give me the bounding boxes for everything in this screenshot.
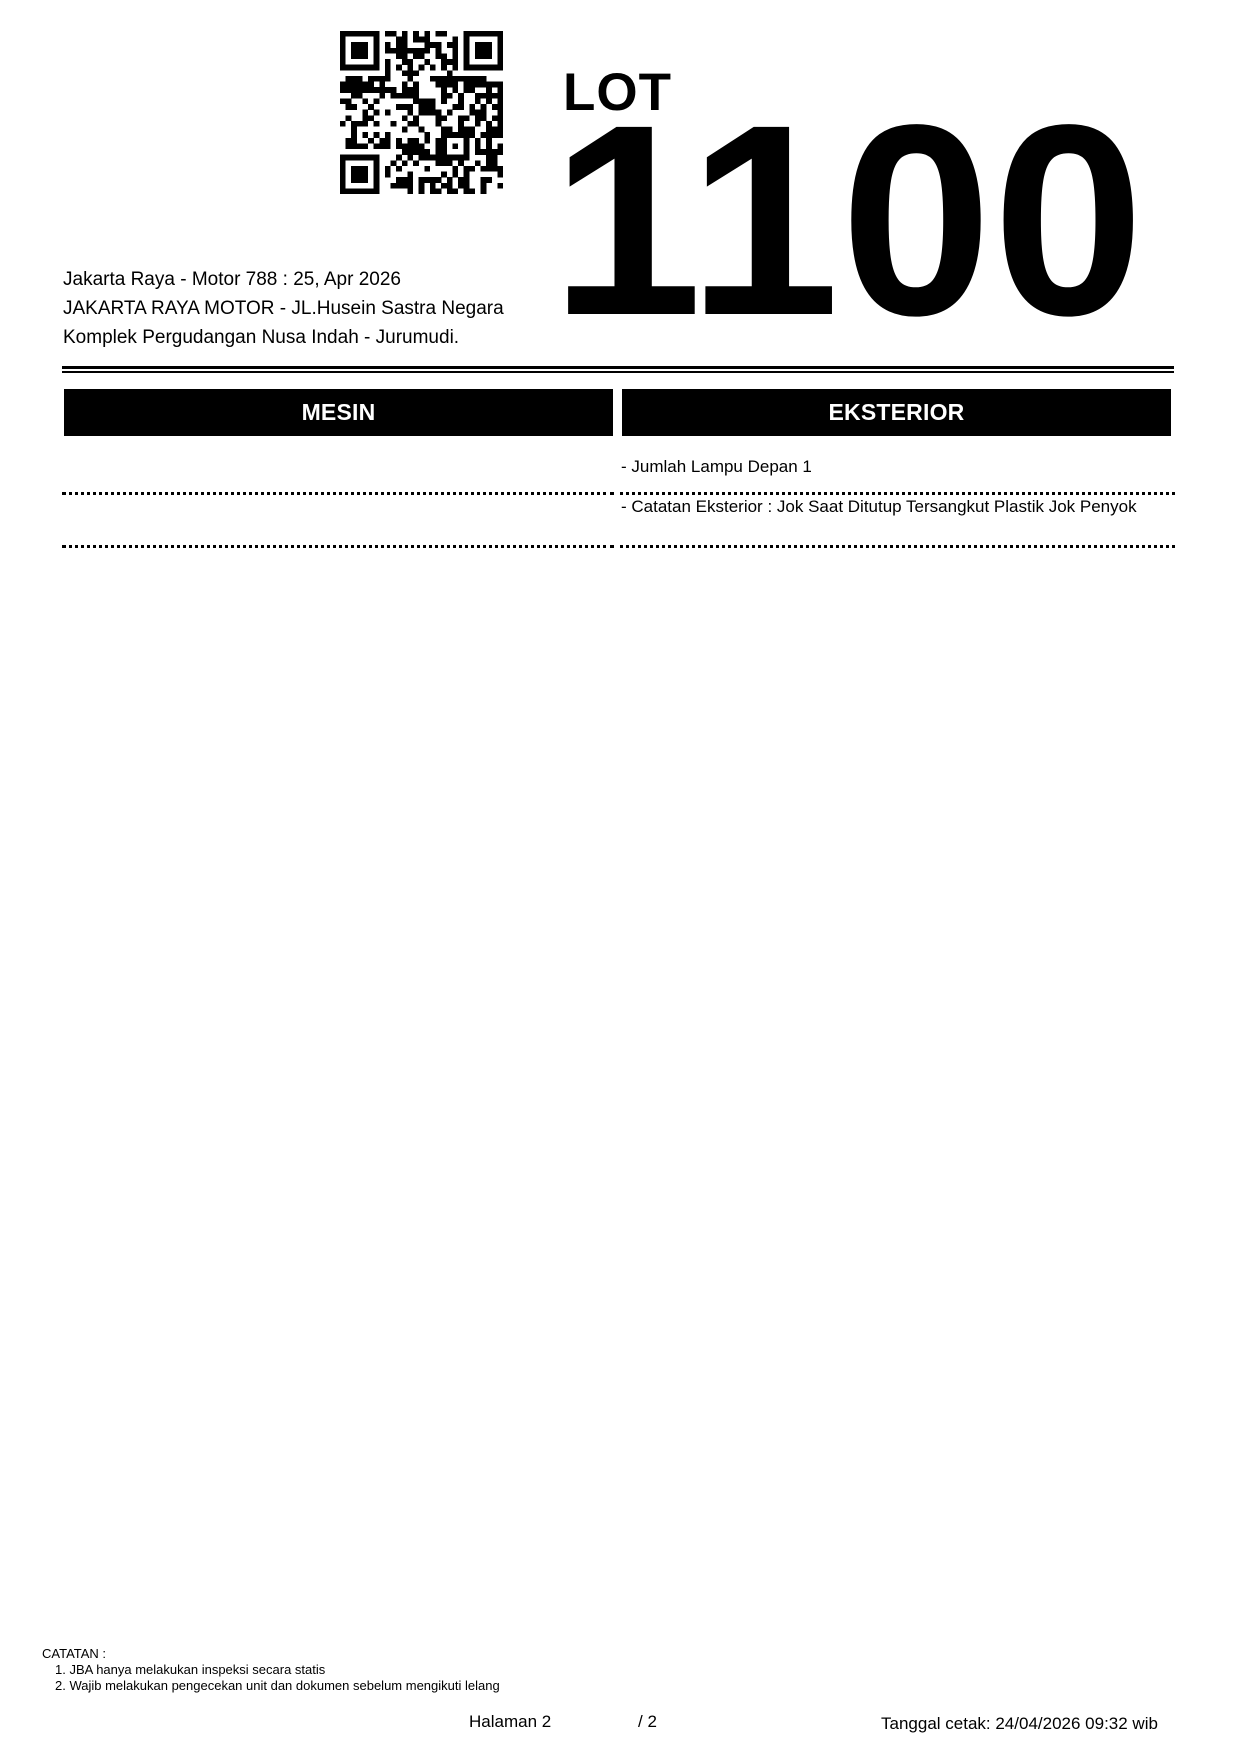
auction-address-line2: Komplek Pergudangan Nusa Indah - Jurumud… (63, 328, 459, 347)
auction-address-line1: JAKARTA RAYA MOTOR - JL.Husein Sastra Ne… (63, 299, 504, 318)
eksterior-item: - Jumlah Lampu Depan 1 (621, 457, 1161, 477)
note-item: 1. JBA hanya melakukan inspeksi secara s… (42, 1662, 500, 1678)
row-divider (620, 545, 1175, 548)
auction-title: Jakarta Raya - Motor 788 : 25, Apr 2026 (63, 270, 401, 289)
print-date: Tanggal cetak: 24/04/2026 09:32 wib (881, 1714, 1158, 1734)
column-header-eksterior: EKSTERIOR (622, 389, 1171, 436)
row-divider (620, 492, 1175, 495)
page-number: Halaman 2 (469, 1712, 551, 1732)
page-total: / 2 (638, 1712, 657, 1732)
note-item: 2. Wajib melakukan pengecekan unit dan d… (42, 1678, 500, 1694)
row-divider (62, 492, 614, 495)
header-divider-thick (62, 366, 1174, 369)
lot-number: 1100 (551, 84, 1145, 356)
header-divider-thin (62, 371, 1174, 373)
column-header-mesin: MESIN (64, 389, 613, 436)
qr-code-icon (340, 31, 503, 194)
eksterior-item: - Catatan Eksterior : Jok Saat Ditutup T… (621, 497, 1161, 517)
notes-section: CATATAN : 1. JBA hanya melakukan inspeks… (42, 1646, 500, 1694)
row-divider (62, 545, 614, 548)
notes-title: CATATAN : (42, 1646, 500, 1662)
